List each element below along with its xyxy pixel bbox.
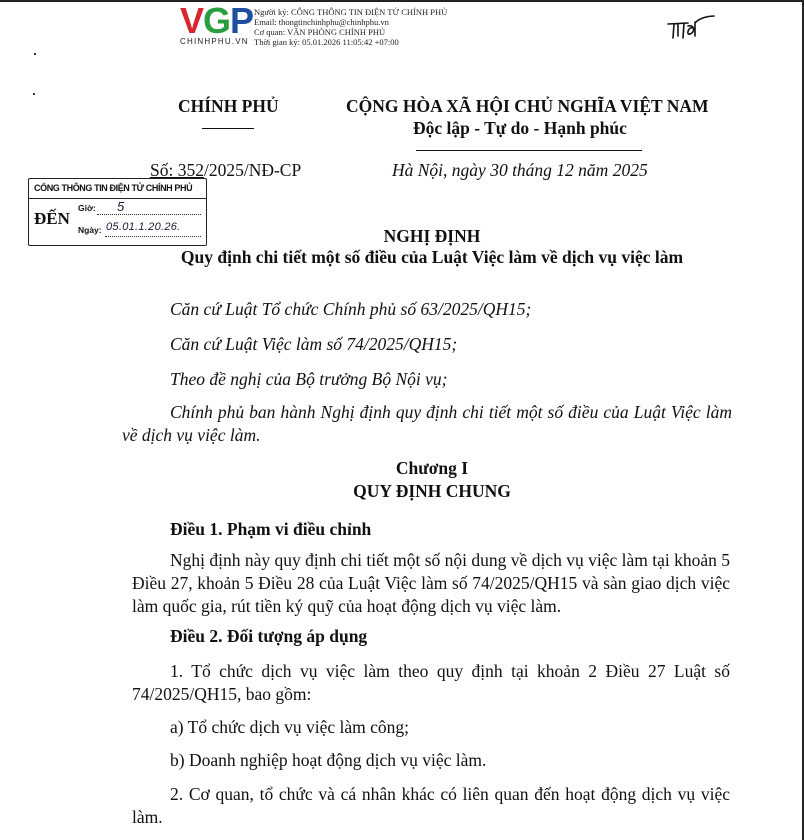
place-and-date: Hà Nội, ngày 30 tháng 12 năm 2025 bbox=[392, 160, 648, 181]
vgp-logo-subtitle: CHINHPHU.VN bbox=[180, 37, 249, 46]
vgp-logo: VGP bbox=[180, 2, 253, 40]
signer-agency: Cơ quan: VĂN PHÒNG CHÍNH PHỦ bbox=[254, 27, 447, 37]
signer: Người ký: CÔNG THÔNG TIN ĐIỆN TỬ CHÍNH P… bbox=[254, 7, 447, 17]
issuing-authority: CHÍNH PHỦ bbox=[178, 96, 279, 117]
logo-letter-p: P bbox=[230, 0, 253, 41]
article-2-item-b: b) Doanh nghiệp hoạt động dịch vụ việc l… bbox=[170, 750, 486, 771]
logo-letter-g: G bbox=[203, 0, 230, 41]
article-1-title: Điều 1. Phạm vi điều chỉnh bbox=[170, 519, 371, 540]
chapter-number: Chương I bbox=[0, 458, 804, 479]
stamp-hour-label: Giờ: bbox=[78, 203, 96, 213]
stamp-hour-value: 5 bbox=[117, 199, 125, 214]
article-2-clause-1: 1. Tổ chức dịch vụ việc làm theo quy địn… bbox=[132, 660, 730, 706]
legal-basis-item: Căn cứ Luật Tổ chức Chính phủ số 63/2025… bbox=[170, 299, 531, 320]
legal-basis-item: Theo đề nghị của Bộ trưởng Bộ Nội vụ; bbox=[170, 369, 447, 390]
stamp-hour-dots bbox=[97, 213, 201, 215]
motto-underline bbox=[416, 150, 642, 151]
article-1-body: Nghị định này quy định chi tiết một số n… bbox=[132, 549, 730, 618]
issuer-underline bbox=[202, 128, 254, 129]
enactment-clause: Chính phủ ban hành Nghị định quy định ch… bbox=[122, 401, 732, 447]
scan-speck bbox=[33, 93, 35, 95]
signing-time: Thời gian ký: 05.01.2026 11:05:42 +07:00 bbox=[254, 37, 447, 47]
stamp-title: CỔNG THÔNG TIN ĐIỆN TỬ CHÍNH PHỦ bbox=[29, 179, 206, 199]
decree-type: NGHỊ ĐỊNH bbox=[0, 226, 804, 247]
scan-speck bbox=[34, 53, 36, 55]
chapter-title: QUY ĐỊNH CHUNG bbox=[0, 481, 804, 502]
article-2-title: Điều 2. Đối tượng áp dụng bbox=[170, 626, 367, 647]
article-2-clause-2: 2. Cơ quan, tổ chức và cá nhân khác có l… bbox=[132, 783, 730, 829]
national-title: CỘNG HÒA XÃ HỘI CHỦ NGHĨA VIỆT NAM bbox=[346, 96, 709, 117]
national-motto: Độc lập - Tự do - Hạnh phúc bbox=[413, 118, 627, 139]
digital-signature-info: Người ký: CÔNG THÔNG TIN ĐIỆN TỬ CHÍNH P… bbox=[254, 7, 447, 47]
signer-email: Email: thongtinchinhphu@chinhphu.vn bbox=[254, 17, 447, 27]
handwritten-initials-icon bbox=[666, 14, 716, 40]
logo-letter-v: V bbox=[180, 0, 203, 41]
legal-basis-item: Căn cứ Luật Việc làm số 74/2025/QH15; bbox=[170, 334, 457, 355]
article-2-item-a: a) Tổ chức dịch vụ việc làm công; bbox=[170, 717, 409, 738]
page-frame-top bbox=[0, 0, 804, 2]
decree-subtitle: Quy định chi tiết một số điều của Luật V… bbox=[0, 247, 804, 268]
